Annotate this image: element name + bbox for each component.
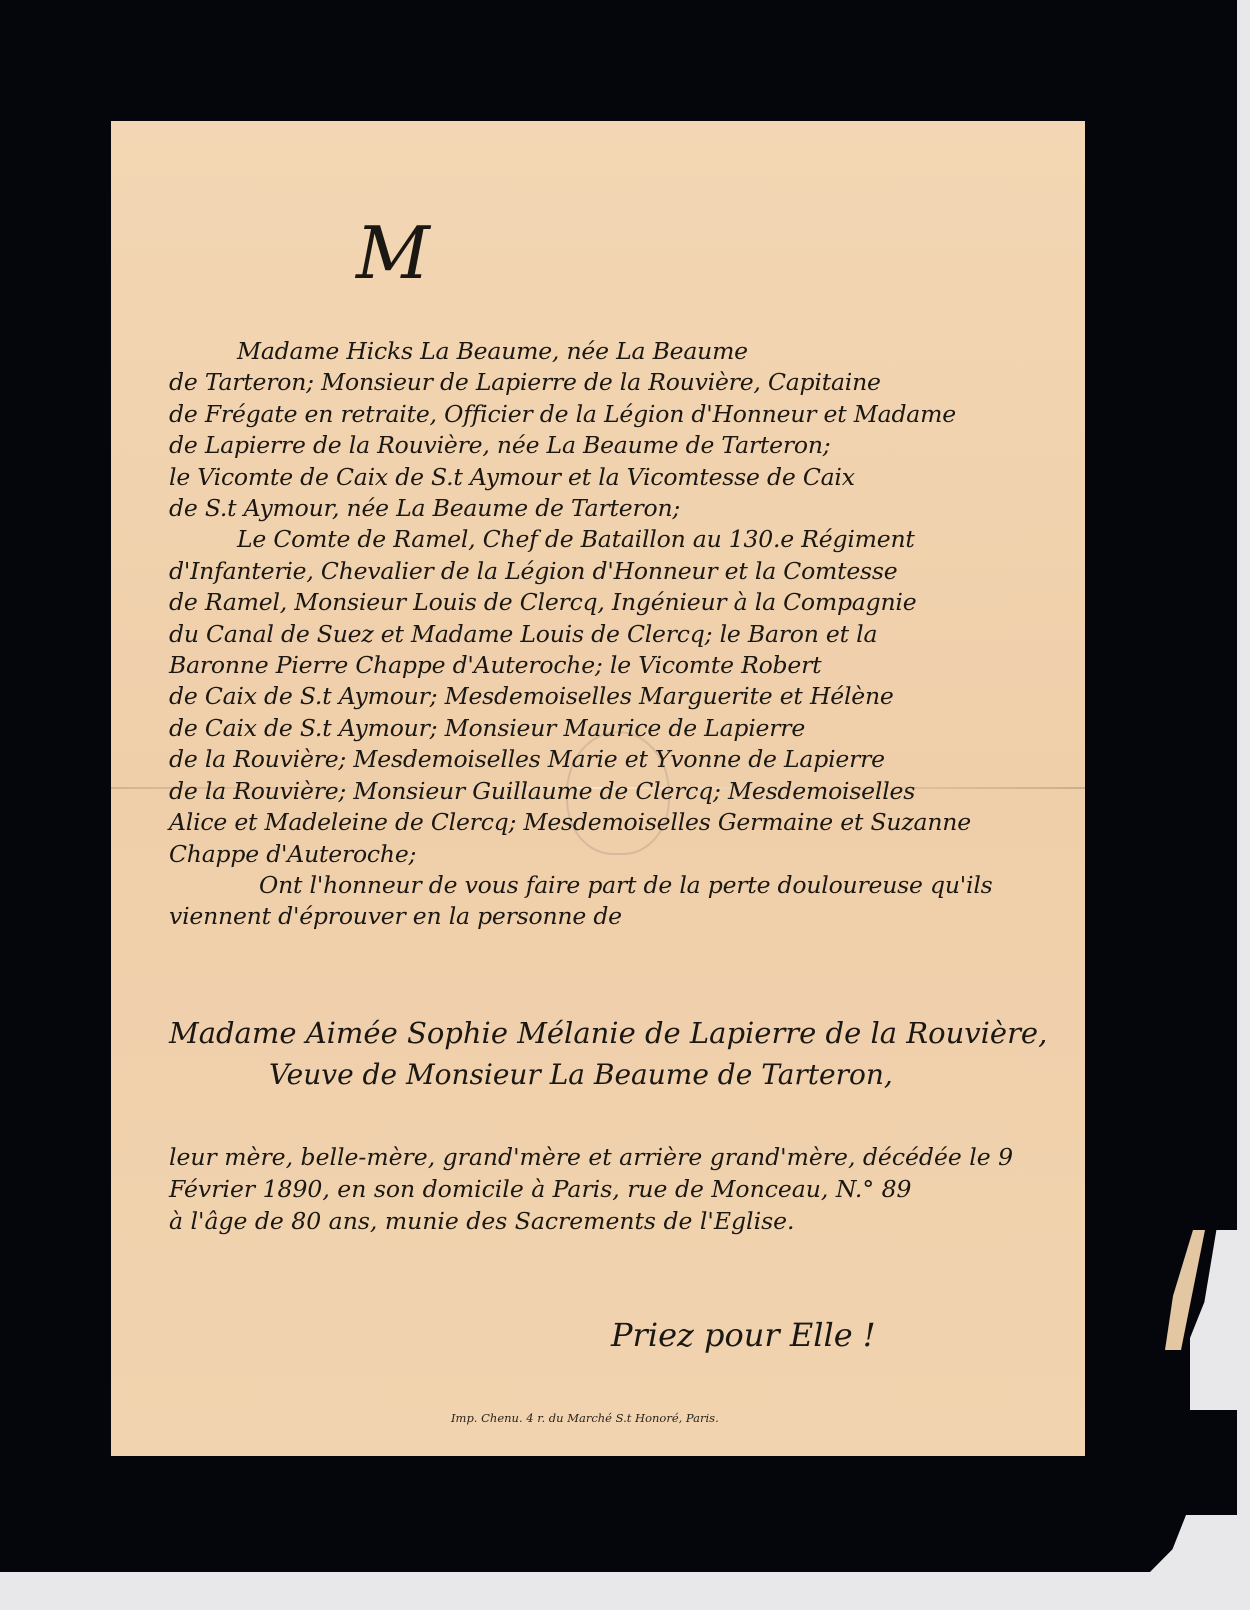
death-details: leur mère, belle-mère, grand'mère et arr… — [169, 1141, 1029, 1237]
deceased-name: Madame Aimée Sophie Mélanie de Lapierre … — [169, 1016, 1029, 1050]
announcer-line: Madame Hicks La Beaume, née La Beaume — [169, 336, 1029, 367]
details-line: leur mère, belle-mère, grand'mère et arr… — [169, 1141, 1029, 1173]
details-line: Février 1890, en son domicile à Paris, r… — [169, 1173, 1029, 1205]
printer-imprint: Imp. Chenu. 4 r. du Marché S.t Honoré, P… — [451, 1411, 719, 1425]
details-line: à l'âge de 80 ans, munie des Sacrements … — [169, 1205, 1029, 1237]
announcement-paper: M Madame Hicks La Beaume, née La Beaume … — [111, 121, 1085, 1456]
announcer-line: de Frégate en retraite, Officier de la L… — [169, 399, 1029, 430]
announcer-line: de Caix de S.t Aymour; Monsieur Maurice … — [169, 713, 1029, 744]
announcer-line: Le Comte de Ramel, Chef de Bataillon au … — [169, 524, 1029, 555]
announcement-line: Ont l'honneur de vous faire part de la p… — [169, 870, 1029, 901]
salutation-initial: M — [356, 211, 430, 295]
announcer-line: de Tarteron; Monsieur de Lapierre de la … — [169, 367, 1029, 398]
announcement-line: viennent d'éprouver en la personne de — [169, 901, 1029, 932]
announcer-line: d'Infanterie, Chevalier de la Légion d'H… — [169, 556, 1029, 587]
announcer-line: de Caix de S.t Aymour; Mesdemoiselles Ma… — [169, 681, 1029, 712]
deceased-block: Madame Aimée Sophie Mélanie de Lapierre … — [169, 1016, 1029, 1091]
announcer-line: Alice et Madeleine de Clercq; Mesdemoise… — [169, 807, 1029, 838]
announcer-line: de Ramel, Monsieur Louis de Clercq, Ingé… — [169, 587, 1029, 618]
announcer-line: de la Rouvière; Mesdemoiselles Marie et … — [169, 744, 1029, 775]
deceased-widow-of: Veuve de Monsieur La Beaume de Tarteron, — [169, 1058, 1029, 1091]
announcer-line: de la Rouvière; Monsieur Guillaume de Cl… — [169, 776, 1029, 807]
announcer-line: le Vicomte de Caix de S.t Aymour et la V… — [169, 462, 1029, 493]
announcer-line: de Lapierre de la Rouvière, née La Beaum… — [169, 430, 1029, 461]
announcers-paragraph: Madame Hicks La Beaume, née La Beaume de… — [169, 336, 1029, 933]
announcer-line: Baronne Pierre Chappe d'Auteroche; le Vi… — [169, 650, 1029, 681]
announcer-line: Chappe d'Auteroche; — [169, 839, 1029, 870]
prayer-line: Priez pour Elle ! — [611, 1316, 876, 1354]
announcer-line: de S.t Aymour, née La Beaume de Tarteron… — [169, 493, 1029, 524]
announcer-line: du Canal de Suez et Madame Louis de Cler… — [169, 619, 1029, 650]
